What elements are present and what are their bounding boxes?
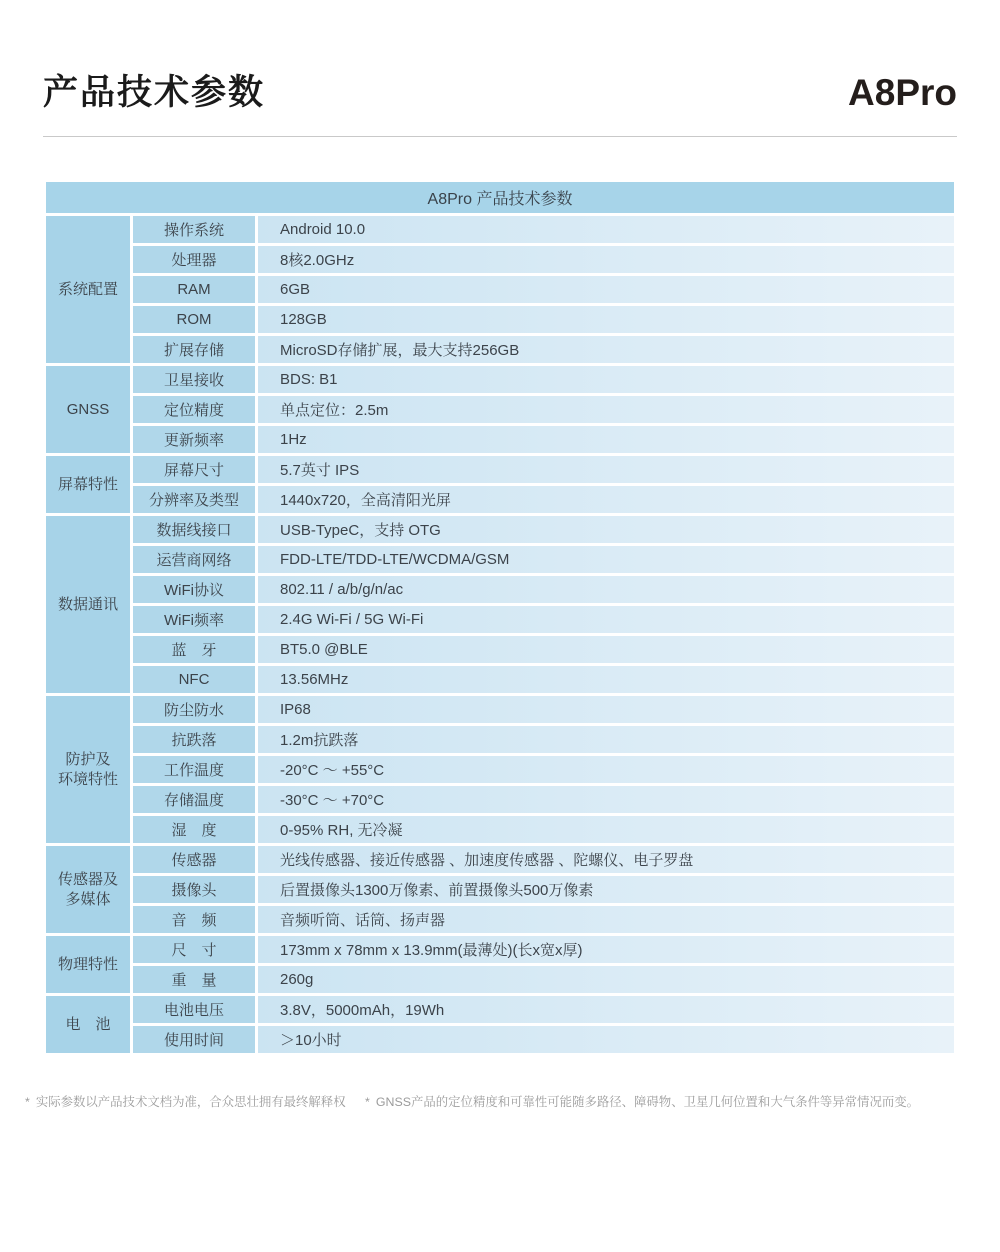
spec-value: 173mm x 78mm x 13.9mm(最薄处)(长x宽x厚): [258, 936, 954, 963]
spec-value: 260g: [258, 966, 954, 993]
spec-value: 音频听筒、话筒、扬声器: [258, 906, 954, 933]
spec-value: BT5.0 @BLE: [258, 636, 954, 663]
table-row: ROM 128GB: [46, 306, 954, 333]
spec-label: 湿 度: [133, 816, 255, 843]
spec-label: 扩展存储: [133, 336, 255, 363]
spec-value: FDD-LTE/TDD-LTE/WCDMA/GSM: [258, 546, 954, 573]
spec-label: 更新频率: [133, 426, 255, 453]
table-row: WiFi协议 802.11 / a/b/g/n/ac: [46, 576, 954, 603]
spec-sheet-page: 产品技术参数 A8Pro A8Pro 产品技术参数 系统配置 操作系统 Andr…: [0, 0, 1000, 1110]
spec-label: 重 量: [133, 966, 255, 993]
table-row: 传感器及 多媒体 传感器 光线传感器、接近传感器 、加速度传感器 、陀螺仪、电子…: [46, 846, 954, 873]
spec-category: GNSS: [46, 366, 130, 453]
spec-label: 防尘防水: [133, 696, 255, 723]
footnote-asterisk: *: [365, 1095, 370, 1109]
spec-category: 数据通讯: [46, 516, 130, 693]
spec-value: 后置摄像头1300万像素、前置摄像头500万像素: [258, 876, 954, 903]
spec-value: 3.8V，5000mAh，19Wh: [258, 996, 954, 1023]
spec-category: 屏幕特性: [46, 456, 130, 513]
spec-label: 传感器: [133, 846, 255, 873]
spec-value: 128GB: [258, 306, 954, 333]
spec-label: 工作温度: [133, 756, 255, 783]
table-row: 处理器 8核2.0GHz: [46, 246, 954, 273]
table-row: 摄像头 后置摄像头1300万像素、前置摄像头500万像素: [46, 876, 954, 903]
footnote-note-1: 实际参数以产品技术文档为准，合众思壮拥有最终解释权: [36, 1095, 346, 1109]
spec-value: 1Hz: [258, 426, 954, 453]
spec-value: 光线传感器、接近传感器 、加速度传感器 、陀螺仪、电子罗盘: [258, 846, 954, 873]
table-header-row: A8Pro 产品技术参数: [46, 182, 954, 213]
spec-value: IP68: [258, 696, 954, 723]
table-row: 系统配置 操作系统 Android 10.0: [46, 216, 954, 243]
table-row: 电 池 电池电压 3.8V，5000mAh，19Wh: [46, 996, 954, 1023]
table-row: 蓝 牙 BT5.0 @BLE: [46, 636, 954, 663]
spec-label: 分辨率及类型: [133, 486, 255, 513]
spec-label: 运营商网络: [133, 546, 255, 573]
table-row: GNSS 卫星接收 BDS: B1: [46, 366, 954, 393]
spec-value: 2.4G Wi-Fi / 5G Wi-Fi: [258, 606, 954, 633]
spec-category: 物理特性: [46, 936, 130, 993]
spec-label: WiFi协议: [133, 576, 255, 603]
table-row: 屏幕特性 屏幕尺寸 5.7英寸 IPS: [46, 456, 954, 483]
spec-value: 0-95% RH, 无冷凝: [258, 816, 954, 843]
header-bar: 产品技术参数 A8Pro: [43, 0, 957, 114]
table-row: 分辨率及类型 1440x720，全高清阳光屏: [46, 486, 954, 513]
table-row: 重 量 260g: [46, 966, 954, 993]
footnote-note-2: GNSS产品的定位精度和可靠性可能随多路径、障碍物、卫星几何位置和大气条件等异常…: [376, 1095, 919, 1109]
model-name: A8Pro: [848, 73, 957, 114]
table-row: RAM 6GB: [46, 276, 954, 303]
table-row: 防护及 环境特性 防尘防水 IP68: [46, 696, 954, 723]
spec-label: RAM: [133, 276, 255, 303]
spec-label: 处理器: [133, 246, 255, 273]
spec-label: ROM: [133, 306, 255, 333]
spec-label: NFC: [133, 666, 255, 693]
spec-label: 定位精度: [133, 396, 255, 423]
spec-label: 蓝 牙: [133, 636, 255, 663]
spec-label: 尺 寸: [133, 936, 255, 963]
table-row: 定位精度 单点定位：2.5m: [46, 396, 954, 423]
spec-value: Android 10.0: [258, 216, 954, 243]
spec-label: 存储温度: [133, 786, 255, 813]
spec-category: 传感器及 多媒体: [46, 846, 130, 933]
spec-value: ＞10小时: [258, 1026, 954, 1053]
spec-category: 电 池: [46, 996, 130, 1053]
spec-table: A8Pro 产品技术参数 系统配置 操作系统 Android 10.0 处理器 …: [43, 179, 957, 1056]
footnote-asterisk: *: [25, 1095, 30, 1109]
spec-value: 6GB: [258, 276, 954, 303]
footnote: *实际参数以产品技术文档为准，合众思壮拥有最终解释权 *GNSS产品的定位精度和…: [25, 1092, 957, 1110]
table-row: 存储温度 -30°C ～ +70°C: [46, 786, 954, 813]
table-row: NFC 13.56MHz: [46, 666, 954, 693]
spec-label: 抗跌落: [133, 726, 255, 753]
spec-value: MicroSD存储扩展，最大支持256GB: [258, 336, 954, 363]
table-row: 湿 度 0-95% RH, 无冷凝: [46, 816, 954, 843]
table-row: 使用时间 ＞10小时: [46, 1026, 954, 1053]
table-row: 数据通讯 数据线接口 USB-TypeC，支持 OTG: [46, 516, 954, 543]
spec-value: USB-TypeC，支持 OTG: [258, 516, 954, 543]
table-row: WiFi频率 2.4G Wi-Fi / 5G Wi-Fi: [46, 606, 954, 633]
page-title: 产品技术参数: [43, 72, 265, 114]
spec-label: 使用时间: [133, 1026, 255, 1053]
spec-label: 卫星接收: [133, 366, 255, 393]
spec-value: 8核2.0GHz: [258, 246, 954, 273]
spec-category: 防护及 环境特性: [46, 696, 130, 843]
spec-label: 音 频: [133, 906, 255, 933]
header-divider: [43, 136, 957, 137]
spec-value: 5.7英寸 IPS: [258, 456, 954, 483]
spec-category: 系统配置: [46, 216, 130, 363]
table-row: 音 频 音频听筒、话筒、扬声器: [46, 906, 954, 933]
spec-value: 13.56MHz: [258, 666, 954, 693]
spec-label: WiFi频率: [133, 606, 255, 633]
spec-value: BDS: B1: [258, 366, 954, 393]
table-row: 扩展存储 MicroSD存储扩展，最大支持256GB: [46, 336, 954, 363]
spec-label: 摄像头: [133, 876, 255, 903]
spec-label: 数据线接口: [133, 516, 255, 543]
spec-label: 电池电压: [133, 996, 255, 1023]
table-row: 运营商网络 FDD-LTE/TDD-LTE/WCDMA/GSM: [46, 546, 954, 573]
table-row: 工作温度 -20°C ～ +55°C: [46, 756, 954, 783]
table-row: 抗跌落 1.2m抗跌落: [46, 726, 954, 753]
spec-value: 1.2m抗跌落: [258, 726, 954, 753]
table-row: 物理特性 尺 寸 173mm x 78mm x 13.9mm(最薄处)(长x宽x…: [46, 936, 954, 963]
spec-value: -30°C ～ +70°C: [258, 786, 954, 813]
spec-label: 操作系统: [133, 216, 255, 243]
spec-value: 单点定位：2.5m: [258, 396, 954, 423]
table-row: 更新频率 1Hz: [46, 426, 954, 453]
spec-value: 1440x720，全高清阳光屏: [258, 486, 954, 513]
spec-value: 802.11 / a/b/g/n/ac: [258, 576, 954, 603]
spec-label: 屏幕尺寸: [133, 456, 255, 483]
table-title: A8Pro 产品技术参数: [46, 182, 954, 213]
spec-value: -20°C ～ +55°C: [258, 756, 954, 783]
